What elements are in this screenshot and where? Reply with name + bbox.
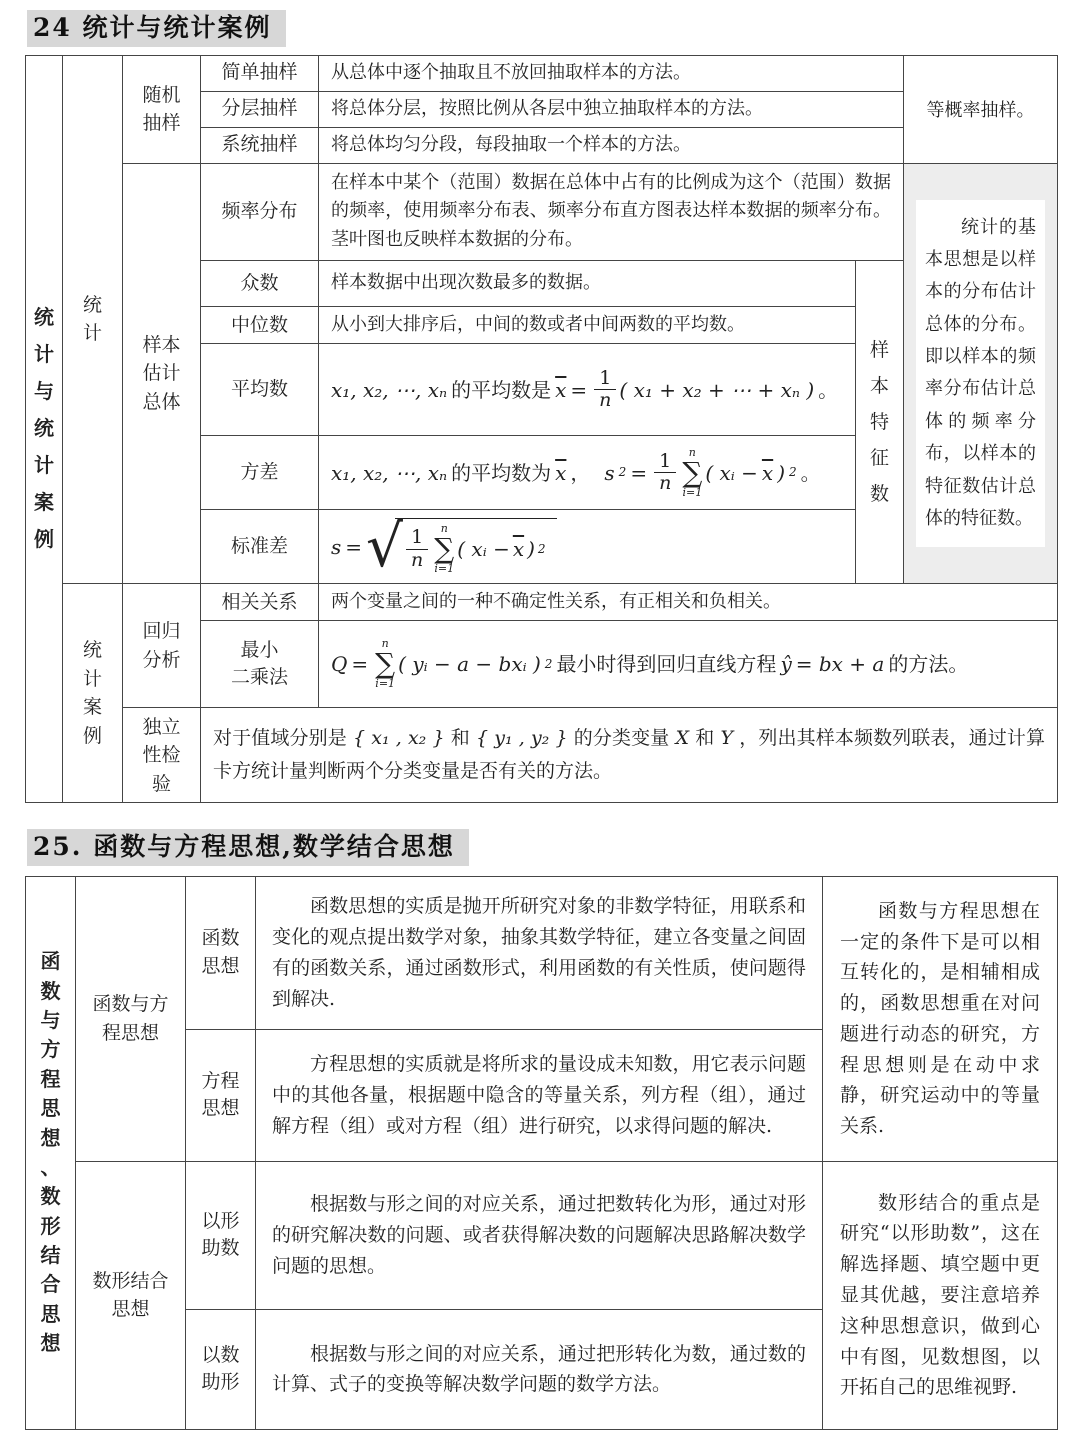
note-statistics-idea: 统计的基本思想是以样本的分布估计总体的分布。即以样本的频率分布估计总体的频率分布… — [916, 200, 1045, 548]
var-period: 。 — [801, 460, 821, 486]
term-hanshu-sixiang: 函数 思想 — [186, 876, 256, 1029]
formula-least-squares: Q = n ∑ i=1 ( yᵢ − a − bxᵢ )2 最小时得到回归直线方… — [331, 638, 1045, 690]
var-term-close: ) — [777, 460, 785, 486]
var-s-sup: 2 — [619, 465, 627, 481]
row-yixing-zhushu: 数形结合 思想 以形 助数 根据数与形之间的对应关系，通过把数转化为形，通过对形… — [26, 1161, 1058, 1309]
table-thinking-methods: 函 数 与 方 程 思 想 、 数 形 结 合 思 想 函数与方 程思想 函数 … — [25, 876, 1058, 1430]
sigma-sum: n ∑ i=1 — [375, 638, 395, 690]
var-term-sup: 2 — [789, 465, 797, 481]
term-zhongwei: 中位数 — [201, 307, 319, 344]
term-xiangguan: 相关关系 — [201, 584, 319, 621]
term-fenceng: 分层抽样 — [201, 91, 319, 127]
fraction-1-over-n: 1 n — [406, 527, 428, 572]
std-s: s — [331, 534, 341, 560]
cell-lsq-formula: Q = n ∑ i=1 ( yᵢ − a − bxᵢ )2 最小时得到回归直线方… — [319, 621, 1058, 708]
std-term-close: ) — [527, 536, 535, 562]
term-pingjun: 平均数 — [201, 344, 319, 436]
duli-set-2: { y₁ , y₂ } — [476, 727, 568, 749]
term-xitong: 系统抽样 — [201, 127, 319, 163]
group-huigui-fenxi: 回归 分析 — [123, 584, 201, 708]
var-comma: ， — [570, 460, 590, 486]
radicand: 1 n n ∑ i=1 ( xᵢ − x )2 — [395, 518, 557, 575]
var-equals: = — [630, 460, 647, 486]
mean-label: 的平均数是 — [451, 377, 551, 403]
desc-zhongshu: 样本数据中出现次数最多的数据。 — [319, 260, 856, 307]
desc-duli: 对于值域分别是 { x₁ , x₂ } 和 { y₁ , y₂ } 的分类变量 … — [201, 708, 1058, 803]
fraction-1-over-n: 1 n — [594, 368, 616, 413]
mean-sum-terms: ( x₁ + x₂ + ⋯ + xₙ ) — [619, 377, 814, 403]
group-yangben-guji: 样本 估计 总体 — [123, 163, 201, 584]
side-label-statistics: 统 计 与 统 计 案 例 — [26, 55, 63, 803]
mean-sequence: x₁, x₂, ⋯, xₙ — [331, 377, 447, 403]
duli-text-2: 和 — [451, 727, 470, 749]
section-25-title: 25. 函数与方程思想,数学结合思想 — [27, 829, 469, 866]
sigma-sum: n ∑ i=1 — [434, 523, 454, 575]
term-yixing-zhushu: 以形 助数 — [186, 1161, 256, 1309]
lsq-middle-text: 最小时得到回归直线方程 — [556, 651, 776, 677]
term-biaozhuncha: 标准差 — [201, 510, 319, 584]
group-tongji: 统 计 — [63, 55, 123, 584]
var-xbar2: x — [762, 460, 773, 486]
std-term-open: ( xᵢ − — [457, 536, 510, 562]
std-xbar: x — [513, 536, 524, 562]
duli-text-3: 的分类变量 — [574, 727, 670, 749]
var-xbar: x — [555, 460, 566, 486]
duli-var-Y: Y — [721, 727, 734, 749]
lsq-Q: Q — [331, 651, 347, 677]
term-pinlv: 频率分布 — [201, 163, 319, 260]
side-label-thinking: 函 数 与 方 程 思 想 、 数 形 结 合 思 想 — [26, 876, 76, 1429]
desc-hanshu-sixiang: 函数思想的实质是抛开所研究对象的非数学特征，用联系和变化的观点提出数学对象，抽象… — [256, 876, 823, 1029]
mean-period: 。 — [818, 377, 838, 403]
formula-stddev: s = √ 1 n n ∑ i=1 ( xᵢ − — [331, 518, 843, 575]
mean-xbar: x — [555, 377, 566, 403]
duli-text-1: 对于值域分别是 — [213, 727, 347, 749]
group-hanshu-fangcheng: 函数与方 程思想 — [76, 876, 186, 1161]
group-anli: 统 计 案 例 — [63, 584, 123, 803]
lsq-term: ( yᵢ − a − bxᵢ ) — [398, 651, 541, 677]
lsq-rhs: = bx + a — [796, 651, 885, 677]
note-statistics-idea-cell: 统计的基本思想是以样本的分布估计总体的分布。即以样本的频率分布估计总体的频率分布… — [904, 163, 1058, 584]
table-statistics: 统 计 与 统 计 案 例 统 计 随机 抽样 简单抽样 从总体中逐个抽取且不放… — [25, 55, 1058, 804]
row-xiangguan: 统 计 案 例 回归 分析 相关关系 两个变量之间的一种不确定性关系，有正相关和… — [26, 584, 1058, 621]
term-jiandan: 简单抽样 — [201, 55, 319, 91]
desc-jiandan: 从总体中逐个抽取且不放回抽取样本的方法。 — [319, 55, 904, 91]
row-hanshu-sixiang: 函 数 与 方 程 思 想 、 数 形 结 合 思 想 函数与方 程思想 函数 … — [26, 876, 1058, 1029]
row-jiandan: 统 计 与 统 计 案 例 统 计 随机 抽样 简单抽样 从总体中逐个抽取且不放… — [26, 55, 1058, 91]
var-term-open: ( xᵢ − — [705, 460, 758, 486]
group-duli-jianyan: 独立 性检 验 — [123, 708, 201, 803]
desc-fangcheng-sixiang: 方程思想的实质就是将所求的量设成未知数，用它表示问题中的其他各量，根据题中隐含的… — [256, 1029, 823, 1161]
desc-xitong: 将总体均匀分段，每段抽取一个样本的方法。 — [319, 127, 904, 163]
var-s: s — [604, 460, 614, 486]
note-hanshu-fangcheng: 函数与方程思想在一定的条件下是可以相互转化的，是相辅相成的，函数思想重在对问题进… — [823, 876, 1058, 1161]
group-suiji-chouyang: 随机 抽样 — [123, 55, 201, 163]
row-pinlv: 样本 估计 总体 频率分布 在样本中某个（范围）数据在总体中占有的比例成为这个（… — [26, 163, 1058, 260]
desc-xiangguan: 两个变量之间的一种不确定性关系，有正相关和负相关。 — [319, 584, 1058, 621]
note-shuxing-jiehe: 数形结合的重点是研究“以形助数”，这在解选择题、填空题中更显其优越，要注意培养这… — [823, 1161, 1058, 1429]
var-label: 的平均数为 — [451, 460, 551, 486]
desc-yixing-zhushu: 根据数与形之间的对应关系，通过把数转化为形，通过对形的研究解决数的问题、或者获得… — [256, 1161, 823, 1309]
term-fangcha: 方差 — [201, 436, 319, 510]
term-zuixiao-ercheng: 最小 二乘法 — [201, 621, 319, 708]
desc-pinlv: 在样本中某个（范围）数据在总体中占有的比例成为这个（范围）数据的频率，使用频率分… — [319, 163, 904, 260]
term-fangcheng-sixiang: 方程 思想 — [186, 1029, 256, 1161]
std-term-sup: 2 — [538, 542, 546, 558]
sigma-sum: n ∑ i=1 — [682, 447, 702, 499]
std-equals: = — [345, 534, 362, 560]
formula-mean: x₁, x₂, ⋯, xₙ 的平均数是 x = 1 n ( x₁ + x₂ + … — [331, 368, 843, 413]
mean-equals: = — [570, 377, 587, 403]
cell-mean-formula: x₁, x₂, ⋯, xₙ 的平均数是 x = 1 n ( x₁ + x₂ + … — [319, 344, 856, 436]
formula-variance: x₁, x₂, ⋯, xₙ 的平均数为 x ， s2 = 1 n n ∑ i=1… — [331, 447, 843, 499]
lsq-term-sup: 2 — [545, 657, 553, 673]
fraction-1-over-n: 1 n — [654, 451, 676, 496]
label-sample-features: 样 本 特 征 数 — [856, 260, 904, 584]
duli-var-X: X — [676, 727, 690, 749]
lsq-equals: = — [351, 651, 368, 677]
var-sequence: x₁, x₂, ⋯, xₙ — [331, 460, 447, 486]
duli-set-1: { x₁ , x₂ } — [353, 727, 445, 749]
term-yishu-zhuxing: 以数 助形 — [186, 1309, 256, 1429]
term-zhongshu: 众数 — [201, 260, 319, 307]
sqrt-expression: √ 1 n n ∑ i=1 ( xᵢ − x )2 — [366, 518, 557, 575]
note-equal-probability: 等概率抽样。 — [904, 55, 1058, 163]
desc-zhongwei: 从小到大排序后，中间的数或者中间两数的平均数。 — [319, 307, 856, 344]
lsq-yhat: ŷ — [780, 651, 791, 677]
group-shuxing-jiehe: 数形结合 思想 — [76, 1161, 186, 1429]
section-24-title: 24 统计与统计案例 — [27, 10, 286, 47]
duli-text-4: 和 — [695, 727, 714, 749]
lsq-tail-text: 的方法。 — [888, 651, 968, 677]
cell-variance-formula: x₁, x₂, ⋯, xₙ 的平均数为 x ， s2 = 1 n n ∑ i=1… — [319, 436, 856, 510]
desc-yishu-zhuxing: 根据数与形之间的对应关系，通过把形转化为数，通过数的计算、式子的变换等解决数学问… — [256, 1309, 823, 1429]
row-duli: 独立 性检 验 对于值域分别是 { x₁ , x₂ } 和 { y₁ , y₂ … — [26, 708, 1058, 803]
cell-stddev-formula: s = √ 1 n n ∑ i=1 ( xᵢ − — [319, 510, 856, 584]
desc-fenceng: 将总体分层，按照比例从各层中独立抽取样本的方法。 — [319, 91, 904, 127]
